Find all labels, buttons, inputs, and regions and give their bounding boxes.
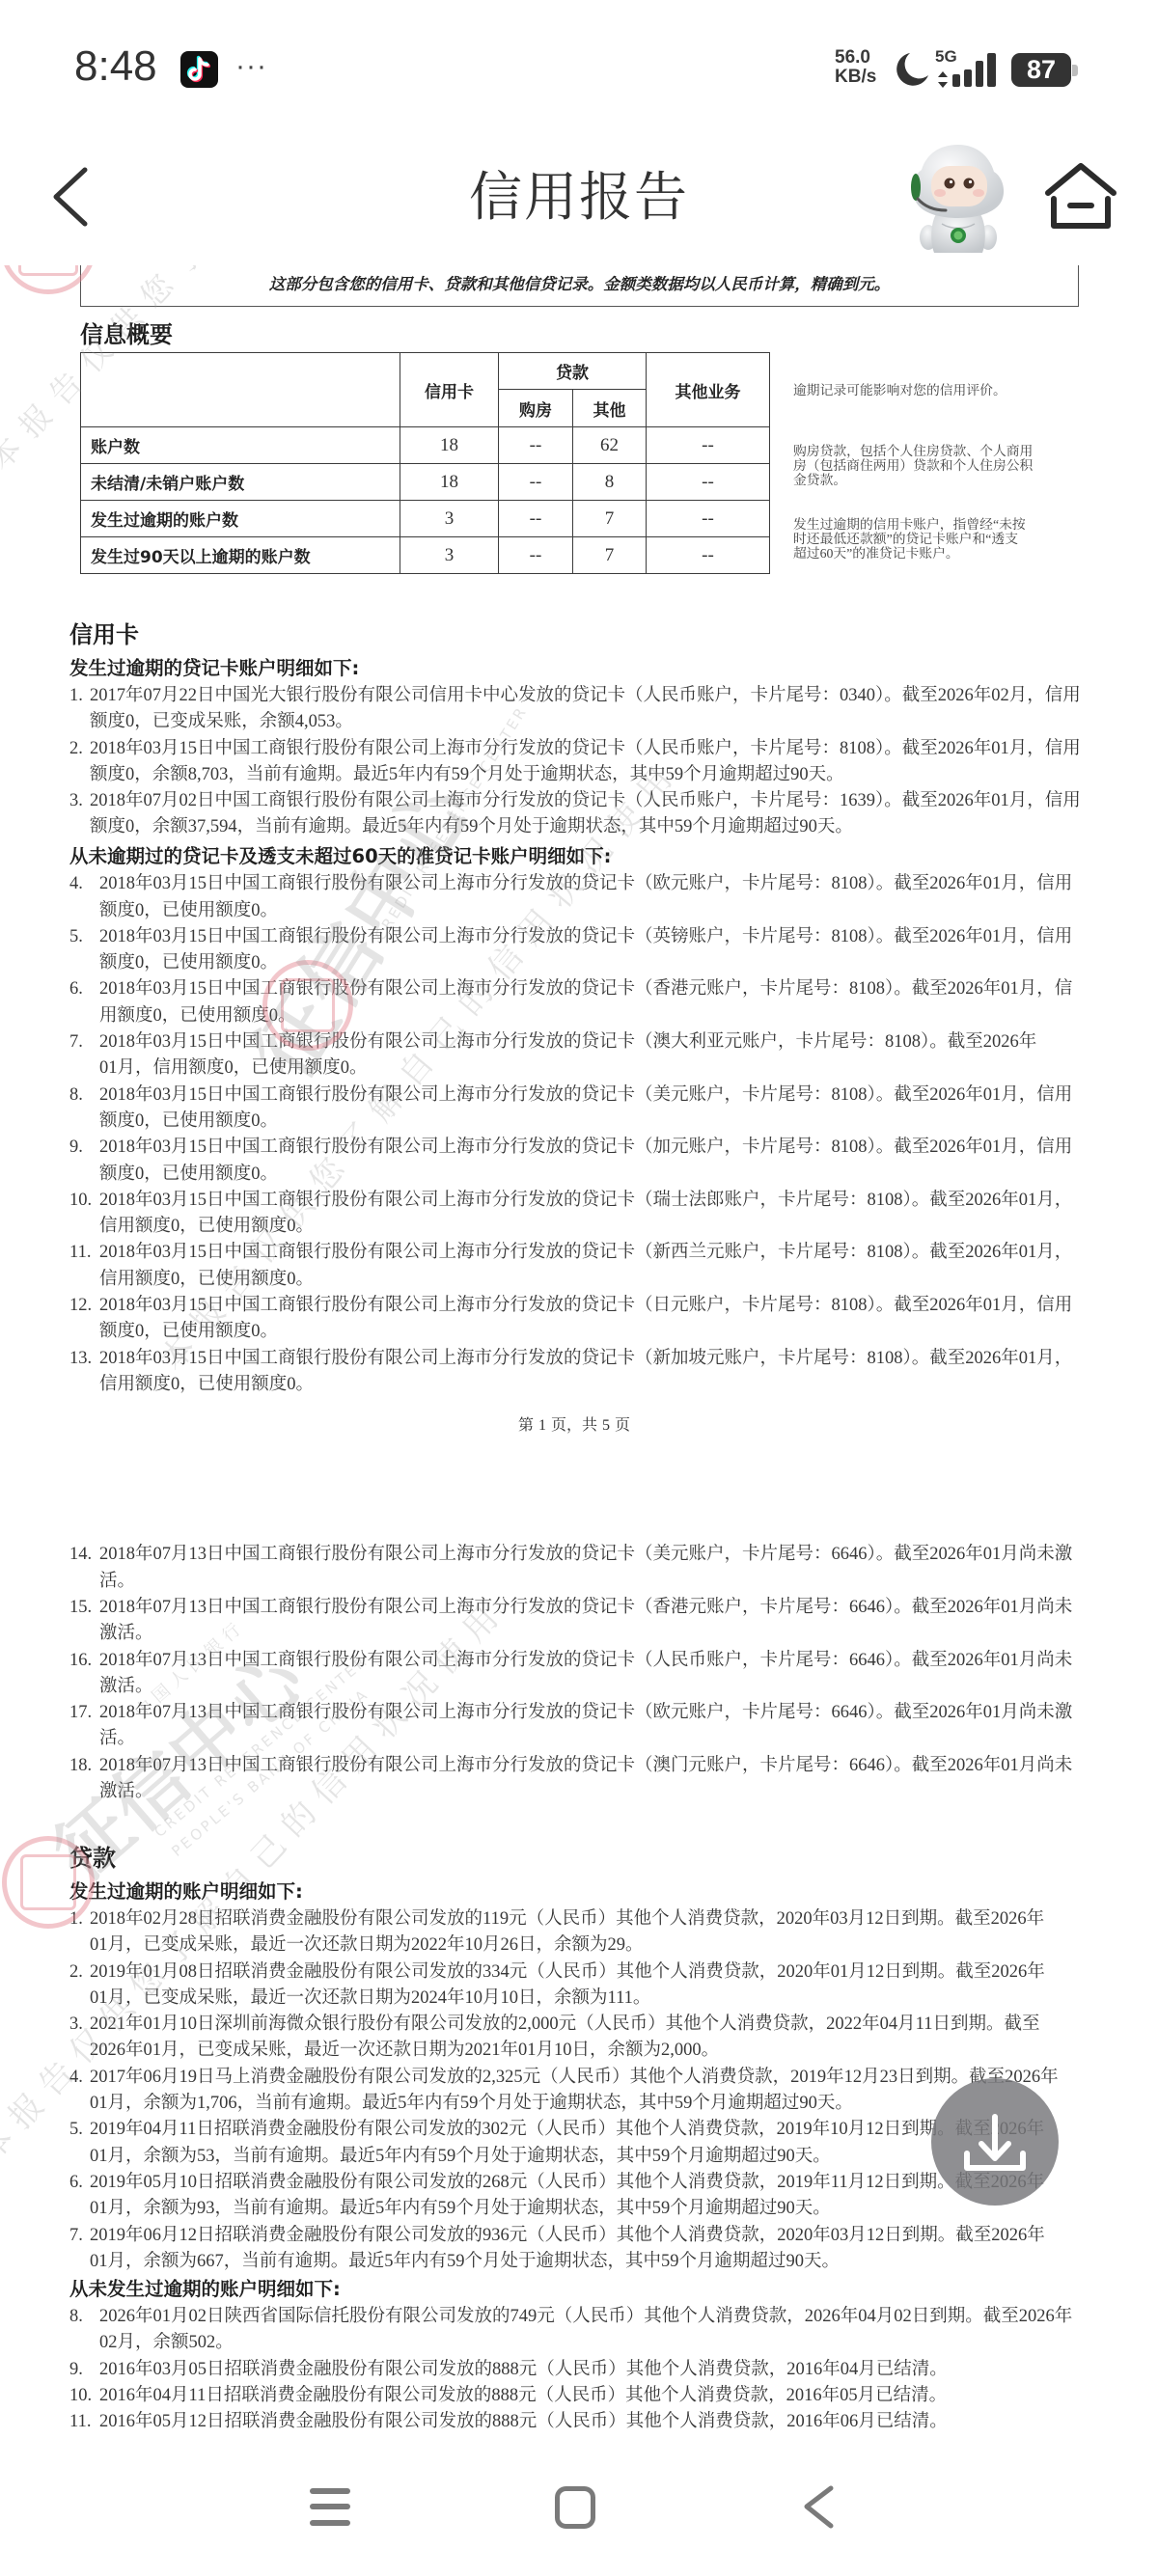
item-number: 9. [69, 1135, 99, 1188]
item-line: 2019年04月11日招联消费金融股份有限公司发放的302元（人民币）其他个人消… [90, 2117, 1044, 2143]
network-speed-unit: KB/s [835, 68, 876, 87]
item-text: 2018年03月15日中国工商银行股份有限公司上海市分行发放的贷记卡（新加坡元账… [99, 1346, 1072, 1399]
download-button[interactable] [931, 2078, 1059, 2206]
item-line: 02月，余额502。 [99, 2330, 1072, 2356]
item-text: 2016年03月05日招联消费金融股份有限公司发放的888元（人民币）其他个人消… [99, 2357, 948, 2383]
item-number: 1. [69, 683, 90, 736]
menu-icon[interactable] [305, 2484, 355, 2533]
moon-icon [894, 51, 930, 88]
item-number: 9. [69, 2357, 99, 2383]
battery-icon: 87 [1011, 53, 1071, 87]
item-number: 4. [69, 871, 99, 924]
list-item: 1. 2017年07月22日中国光大银行股份有限公司信用卡中心发放的贷记卡（人民… [69, 683, 1112, 736]
cell-loan-other: 62 [573, 427, 647, 464]
item-line: 2019年01月08日招联消费金融股份有限公司发放的334元（人民币）其他个人消… [90, 1959, 1045, 1986]
more-notifications-icon: ··· [235, 50, 267, 83]
item-line: 2018年07月13日中国工商银行股份有限公司上海市分行发放的贷记卡（人民币账户… [99, 1648, 1072, 1674]
item-number: 12. [69, 1293, 99, 1346]
item-number: 8. [69, 2304, 99, 2357]
tiktok-icon [180, 51, 218, 88]
item-text: 2018年07月13日中国工商银行股份有限公司上海市分行发放的贷记卡（澳门元账户… [99, 1753, 1072, 1806]
item-line: 激活。 [99, 1674, 1072, 1700]
item-line: 2018年03月15日中国工商银行股份有限公司上海市分行发放的贷记卡（新西兰元账… [99, 1240, 1072, 1266]
item-number: 5. [69, 924, 99, 977]
item-line: 2018年07月13日中国工商银行股份有限公司上海市分行发放的贷记卡（香港元账户… [99, 1595, 1072, 1621]
item-line: 2018年03月15日中国工商银行股份有限公司上海市分行发放的贷记卡（日元账户，… [99, 1293, 1072, 1319]
note-line: 金贷款。 [793, 473, 1033, 487]
item-number: 2. [69, 1959, 90, 2013]
item-text: 2018年03月15日中国工商银行股份有限公司上海市分行发放的贷记卡（瑞士法郎账… [99, 1188, 1072, 1241]
list-item: 16. 2018年07月13日中国工商银行股份有限公司上海市分行发放的贷记卡（人… [69, 1648, 1112, 1701]
item-line: 2019年05月10日招联消费金融股份有限公司发放的268元（人民币）其他个人消… [90, 2170, 1044, 2196]
table-row: 发生过逾期的账户数 3 -- 7 -- [81, 501, 770, 537]
list-item: 12. 2018年03月15日中国工商银行股份有限公司上海市分行发放的贷记卡（日… [69, 1293, 1112, 1346]
data-arrows-icon [937, 71, 949, 88]
item-number: 15. [69, 1595, 99, 1648]
item-line: 额度0，已使用额度0。 [99, 898, 1072, 924]
note-line: 发生过逾期的信用卡账户，指曾经“未按 [793, 517, 1026, 532]
item-number: 8. [69, 1082, 99, 1136]
item-text: 2018年07月02日中国工商银行股份有限公司上海市分行发放的贷记卡（人民币账户… [90, 788, 1081, 841]
network-speed: 56.0 KB/s [835, 48, 876, 87]
item-line: 01月，信用额度0，已使用额度0。 [99, 1055, 1036, 1082]
item-number: 11. [69, 2409, 99, 2435]
item-line: 2018年03月15日中国工商银行股份有限公司上海市分行发放的贷记卡（澳大利亚元… [99, 1029, 1036, 1055]
list-item: 7. 2019年06月12日招联消费金融股份有限公司发放的936元（人民币）其他… [69, 2223, 1112, 2276]
item-line: 01月，余额为1,706，当前有逾期。最近5年内有59个月处于逾期状态，其中59… [90, 2091, 1059, 2117]
cell-credit-card: 18 [400, 427, 499, 464]
robot-assistant-icon[interactable] [907, 143, 1009, 257]
summary-title: 信息概要 [80, 320, 173, 349]
item-line: 活。 [99, 1569, 1072, 1595]
item-text: 2018年07月13日中国工商银行股份有限公司上海市分行发放的贷记卡（美元账户，… [99, 1542, 1072, 1595]
list-item: 9. 2016年03月05日招联消费金融股份有限公司发放的888元（人民币）其他… [69, 2357, 1112, 2383]
item-number: 2. [69, 736, 90, 789]
list-item: 10. 2016年04月11日招联消费金融股份有限公司发放的888元（人民币）其… [69, 2383, 1112, 2409]
item-text: 2018年03月15日中国工商银行股份有限公司上海市分行发放的贷记卡（欧元账户，… [99, 871, 1072, 924]
item-text: 2018年07月13日中国工商银行股份有限公司上海市分行发放的贷记卡（欧元账户，… [99, 1700, 1072, 1753]
col-other-business: 其他业务 [647, 353, 770, 427]
item-line: 01月，已变成呆账，最近一次还款日期为2024年10月10日，余额为111。 [90, 1986, 1045, 2012]
list-item: 5. 2018年03月15日中国工商银行股份有限公司上海市分行发放的贷记卡（英镑… [69, 924, 1112, 977]
list-item: 14. 2018年07月13日中国工商银行股份有限公司上海市分行发放的贷记卡（美… [69, 1542, 1112, 1595]
network-speed-value: 56.0 [835, 48, 876, 68]
item-line: 2016年04月11日招联消费金融股份有限公司发放的888元（人民币）其他个人消… [99, 2383, 947, 2409]
item-line: 01月，余额为93，当前有逾期。最近5年内有59个月处于逾期状态，其中59个月逾… [90, 2196, 1044, 2222]
item-text: 2018年03月15日中国工商银行股份有限公司上海市分行发放的贷记卡（加元账户，… [99, 1135, 1072, 1188]
list-item: 18. 2018年07月13日中国工商银行股份有限公司上海市分行发放的贷记卡（澳… [69, 1753, 1112, 1806]
item-number: 3. [69, 2012, 90, 2065]
item-line: 额度0，已使用额度0。 [99, 950, 1072, 976]
list-item: 10. 2018年03月15日中国工商银行股份有限公司上海市分行发放的贷记卡（瑞… [69, 1188, 1112, 1241]
home-square-icon[interactable] [550, 2482, 600, 2535]
list-item: 2. 2019年01月08日招联消费金融股份有限公司发放的334元（人民币）其他… [69, 1959, 1112, 2013]
cell-other-business: -- [647, 501, 770, 537]
item-line: 额度0，已变成呆账，余额4,053。 [90, 709, 1081, 735]
item-text: 2019年05月10日招联消费金融股份有限公司发放的268元（人民币）其他个人消… [90, 2170, 1044, 2223]
cell-loan-other: 7 [573, 537, 647, 574]
item-line: 额度0，已使用额度0。 [99, 1162, 1072, 1188]
item-line: 2018年03月15日中国工商银行股份有限公司上海市分行发放的贷记卡（瑞士法郎账… [99, 1188, 1072, 1214]
item-line: 2018年07月02日中国工商银行股份有限公司上海市分行发放的贷记卡（人民币账户… [90, 788, 1081, 814]
cell-loan-other: 8 [573, 464, 647, 501]
list-item: 8. 2018年03月15日中国工商银行股份有限公司上海市分行发放的贷记卡（美元… [69, 1082, 1112, 1136]
list-item: 11. 2016年05月12日招联消费金融股份有限公司发放的888元（人民币）其… [69, 2409, 1112, 2435]
item-text: 2017年07月22日中国光大银行股份有限公司信用卡中心发放的贷记卡（人民币账户… [90, 683, 1081, 736]
item-line: 2016年05月12日招联消费金融股份有限公司发放的888元（人民币）其他个人消… [99, 2409, 948, 2435]
overdue-cards-heading: 发生过逾期的贷记卡账户明细如下: [69, 654, 1112, 683]
note-line: 时还最低还款额”的贷记卡账户和“透支 [793, 532, 1026, 546]
back-chevron-icon[interactable] [797, 2482, 841, 2535]
row-label: 账户数 [81, 427, 400, 464]
item-text: 2018年03月15日中国工商银行股份有限公司上海市分行发放的贷记卡（新西兰元账… [99, 1240, 1072, 1293]
item-line: 2016年03月05日招联消费金融股份有限公司发放的888元（人民币）其他个人消… [99, 2357, 948, 2383]
item-line: 信用额度0，已使用额度0。 [99, 1372, 1072, 1398]
item-line: 2018年07月13日中国工商银行股份有限公司上海市分行发放的贷记卡（澳门元账户… [99, 1753, 1072, 1779]
list-item: 13. 2018年03月15日中国工商银行股份有限公司上海市分行发放的贷记卡（新… [69, 1346, 1112, 1399]
battery-nub [1072, 65, 1078, 76]
item-text: 2026年01月02日陕西省国际信托股份有限公司发放的749元（人民币）其他个人… [99, 2304, 1072, 2357]
item-text: 2018年03月15日中国工商银行股份有限公司上海市分行发放的贷记卡（香港元账户… [99, 976, 1072, 1029]
item-line: 额度0，余额37,594，当前有逾期。最近5年内有59个月处于逾期状态，其中59… [90, 814, 1081, 840]
system-nav-bar [0, 2443, 1158, 2576]
note-line: 购房贷款，包括个人住房贷款、个人商用 [793, 444, 1033, 458]
item-number: 17. [69, 1700, 99, 1753]
cell-other-business: -- [647, 427, 770, 464]
item-text: 2017年06月19日马上消费金融股份有限公司发放的2,325元（人民币）其他个… [90, 2065, 1059, 2118]
row-label: 未结清/未销户账户数 [81, 464, 400, 501]
item-text: 2018年03月15日中国工商银行股份有限公司上海市分行发放的贷记卡（人民币账户… [90, 736, 1081, 789]
credit-card-section-continued: 14. 2018年07月13日中国工商银行股份有限公司上海市分行发放的贷记卡（美… [69, 1542, 1112, 1805]
item-number: 3. [69, 788, 90, 841]
item-line: 2017年06月19日马上消费金融股份有限公司发放的2,325元（人民币）其他个… [90, 2065, 1059, 2091]
list-item: 9. 2018年03月15日中国工商银行股份有限公司上海市分行发放的贷记卡（加元… [69, 1135, 1112, 1188]
item-line: 2018年03月15日中国工商银行股份有限公司上海市分行发放的贷记卡（美元账户，… [99, 1082, 1072, 1109]
item-line: 01月，余额为53，当前有逾期。最近5年内有59个月处于逾期状态，其中59个月逾… [90, 2144, 1044, 2170]
list-item: 8. 2026年01月02日陕西省国际信托股份有限公司发放的749元（人民币）其… [69, 2304, 1112, 2357]
cell-loan-housing: -- [499, 501, 573, 537]
table-row: 账户数 18 -- 62 -- [81, 427, 770, 464]
item-line: 01月，余额为667，当前有逾期。最近5年内有59个月处于逾期状态，其中59个月… [90, 2249, 1045, 2275]
signal-bars-icon [951, 52, 998, 88]
item-line: 活。 [99, 1726, 1072, 1752]
home-icon[interactable] [1044, 162, 1117, 232]
row-label: 发生过90天以上逾期的账户数 [81, 537, 400, 574]
item-number: 7. [69, 1029, 99, 1082]
item-number: 6. [69, 976, 99, 1029]
item-line: 激活。 [99, 1779, 1072, 1805]
top-chrome: 8:48 ··· 56.0 KB/s 5G 87 信用报告 [0, 0, 1158, 265]
item-line: 信用额度0，已使用额度0。 [99, 1267, 1072, 1293]
col-loan-other: 其他 [573, 390, 647, 427]
never-overdue-cards-list: 4. 2018年03月15日中国工商银行股份有限公司上海市分行发放的贷记卡（欧元… [69, 871, 1112, 1398]
item-number: 10. [69, 1188, 99, 1241]
item-text: 2018年02月28日招联消费金融股份有限公司发放的119元（人民币）其他个人消… [90, 1906, 1044, 1959]
col-loan: 贷款 [499, 353, 647, 390]
item-line: 额度0，已使用额度0。 [99, 1109, 1072, 1135]
cell-credit-card: 3 [400, 537, 499, 574]
credit-card-section: 信用卡 发生过逾期的贷记卡账户明细如下: 1. 2017年07月22日中国光大银… [69, 618, 1112, 1398]
item-text: 2019年06月12日招联消费金融股份有限公司发放的936元（人民币）其他个人消… [90, 2223, 1045, 2276]
item-number: 7. [69, 2223, 90, 2276]
item-line: 2021年01月10日深圳前海微众银行股份有限公司发放的2,000元（人民币）其… [90, 2012, 1039, 2038]
item-number: 18. [69, 1753, 99, 1806]
note-line: 房（包括商住两用）贷款和个人住房公积 [793, 458, 1033, 473]
item-number: 11. [69, 1240, 99, 1293]
item-line: 激活。 [99, 1621, 1072, 1647]
item-number: 14. [69, 1542, 99, 1595]
item-line: 用额度0，已使用额度0。 [99, 1003, 1072, 1029]
cell-loan-other: 7 [573, 501, 647, 537]
item-line: 2018年03月15日中国工商银行股份有限公司上海市分行发放的贷记卡（香港元账户… [99, 976, 1072, 1002]
cell-loan-housing: -- [499, 427, 573, 464]
table-row: 未结清/未销户账户数 18 -- 8 -- [81, 464, 770, 501]
col-loan-housing: 购房 [499, 390, 573, 427]
item-number: 4. [69, 2065, 90, 2118]
item-text: 2021年01月10日深圳前海微众银行股份有限公司发放的2,000元（人民币）其… [90, 2012, 1039, 2065]
never-overdue-cards-heading: 从未逾期过的贷记卡及透支未超过60天的准贷记卡账户明细如下: [69, 841, 1112, 872]
summary-table-body: 账户数 18 -- 62 -- 未结清/未销户账户数 18 -- 8 -- 发生… [81, 427, 770, 574]
cell-other-business: -- [647, 464, 770, 501]
item-line: 2018年03月15日中国工商银行股份有限公司上海市分行发放的贷记卡（欧元账户，… [99, 871, 1072, 897]
list-item: 6. 2018年03月15日中国工商银行股份有限公司上海市分行发放的贷记卡（香港… [69, 976, 1112, 1029]
row-label: 发生过逾期的账户数 [81, 501, 400, 537]
battery-level: 87 [1027, 55, 1056, 84]
item-line: 2018年07月13日中国工商银行股份有限公司上海市分行发放的贷记卡（美元账户，… [99, 1542, 1072, 1568]
list-item: 1. 2018年02月28日招联消费金融股份有限公司发放的119元（人民币）其他… [69, 1906, 1112, 1959]
item-line: 2019年06月12日招联消费金融股份有限公司发放的936元（人民币）其他个人消… [90, 2223, 1045, 2249]
loans-title: 贷款 [69, 1842, 1112, 1875]
note-line: 超过60天”的准贷记卡账户。 [793, 546, 1026, 561]
item-number: 10. [69, 2383, 99, 2409]
item-line: 额度0，已使用额度0。 [99, 1319, 1072, 1345]
cell-other-business: -- [647, 537, 770, 574]
table-row: 发生过90天以上逾期的账户数 3 -- 7 -- [81, 537, 770, 574]
item-line: 2018年03月15日中国工商银行股份有限公司上海市分行发放的贷记卡（英镑账户，… [99, 924, 1072, 950]
item-number: 1. [69, 1906, 90, 1959]
corner-cell [81, 353, 400, 427]
note-overdue-definition: 发生过逾期的信用卡账户，指曾经“未按 时还最低还款额”的贷记卡账户和“透支 超过… [793, 517, 1026, 561]
credit-card-title: 信用卡 [69, 618, 1112, 651]
item-number: 13. [69, 1346, 99, 1399]
item-line: 2026年01月02日陕西省国际信托股份有限公司发放的749元（人民币）其他个人… [99, 2304, 1072, 2330]
intro-text: 这部分包含您的信用卡、贷款和其他信贷记录。金额类数据均以人民币计算，精确到元。 [269, 275, 891, 293]
overdue-loans-heading: 发生过逾期的账户明细如下: [69, 1877, 1112, 1906]
col-credit-card: 信用卡 [400, 353, 499, 427]
list-item: 7. 2018年03月15日中国工商银行股份有限公司上海市分行发放的贷记卡（澳大… [69, 1029, 1112, 1082]
download-icon [931, 2078, 1059, 2206]
item-text: 2018年03月15日中国工商银行股份有限公司上海市分行发放的贷记卡（日元账户，… [99, 1293, 1072, 1346]
note-overdue-impact: 逾期记录可能影响对您的信用评价。 [793, 383, 1006, 397]
list-item: 4. 2018年03月15日中国工商银行股份有限公司上海市分行发放的贷记卡（欧元… [69, 871, 1112, 924]
item-text: 2018年03月15日中国工商银行股份有限公司上海市分行发放的贷记卡（澳大利亚元… [99, 1029, 1036, 1082]
list-item: 3. 2018年07月02日中国工商银行股份有限公司上海市分行发放的贷记卡（人民… [69, 788, 1112, 841]
never-overdue-loans-list: 8. 2026年01月02日陕西省国际信托股份有限公司发放的749元（人民币）其… [69, 2304, 1112, 2435]
overdue-cards-list: 1. 2017年07月22日中国光大银行股份有限公司信用卡中心发放的贷记卡（人民… [69, 683, 1112, 841]
item-text: 2018年07月13日中国工商银行股份有限公司上海市分行发放的贷记卡（香港元账户… [99, 1595, 1072, 1648]
item-number: 16. [69, 1648, 99, 1701]
list-item: 2. 2018年03月15日中国工商银行股份有限公司上海市分行发放的贷记卡（人民… [69, 736, 1112, 789]
note-housing-loan: 购房贷款，包括个人住房贷款、个人商用 房（包括商住两用）贷款和个人住房公积 金贷… [793, 444, 1033, 487]
item-number: 6. [69, 2170, 90, 2223]
list-item: 3. 2021年01月10日深圳前海微众银行股份有限公司发放的2,000元（人民… [69, 2012, 1112, 2065]
item-line: 额度0，余额8,703，当前有逾期。最近5年内有59个月处于逾期状态，其中59个… [90, 762, 1081, 788]
item-text: 2016年05月12日招联消费金融股份有限公司发放的888元（人民币）其他个人消… [99, 2409, 948, 2435]
item-text: 2019年01月08日招联消费金融股份有限公司发放的334元（人民币）其他个人消… [90, 1959, 1045, 2013]
item-line: 2018年03月15日中国工商银行股份有限公司上海市分行发放的贷记卡（人民币账户… [90, 736, 1081, 762]
never-overdue-cards-list-continued: 14. 2018年07月13日中国工商银行股份有限公司上海市分行发放的贷记卡（美… [69, 1542, 1112, 1805]
item-line: 01月，已变成呆账，最近一次还款日期为2022年10月26日，余额为29。 [90, 1932, 1044, 1959]
summary-table: 信用卡 贷款 其他业务 购房 其他 账户数 18 -- 62 -- [80, 352, 770, 574]
item-line: 信用额度0，已使用额度0。 [99, 1214, 1072, 1240]
item-text: 2018年03月15日中国工商银行股份有限公司上海市分行发放的贷记卡（美元账户，… [99, 1082, 1072, 1136]
item-text: 2019年04月11日招联消费金融股份有限公司发放的302元（人民币）其他个人消… [90, 2117, 1044, 2170]
cell-credit-card: 18 [400, 464, 499, 501]
never-overdue-loans-heading: 从未发生过逾期的账户明细如下: [69, 2275, 1112, 2304]
item-line: 2018年03月15日中国工商银行股份有限公司上海市分行发放的贷记卡（新加坡元账… [99, 1346, 1072, 1372]
list-item: 11. 2018年03月15日中国工商银行股份有限公司上海市分行发放的贷记卡（新… [69, 1240, 1112, 1293]
list-item: 15. 2018年07月13日中国工商银行股份有限公司上海市分行发放的贷记卡（香… [69, 1595, 1112, 1648]
note-line: 逾期记录可能影响对您的信用评价。 [793, 383, 1006, 397]
item-text: 2016年04月11日招联消费金融股份有限公司发放的888元（人民币）其他个人消… [99, 2383, 947, 2409]
cell-loan-housing: -- [499, 464, 573, 501]
list-item: 17. 2018年07月13日中国工商银行股份有限公司上海市分行发放的贷记卡（欧… [69, 1700, 1112, 1753]
item-text: 2018年03月15日中国工商银行股份有限公司上海市分行发放的贷记卡（英镑账户，… [99, 924, 1072, 977]
item-line: 2026年01月，已变成呆账，最近一次还款日期为2021年01月10日，余额为2… [90, 2038, 1039, 2064]
item-number: 5. [69, 2117, 90, 2170]
item-line: 2017年07月22日中国光大银行股份有限公司信用卡中心发放的贷记卡（人民币账户… [90, 683, 1081, 709]
item-line: 2018年03月15日中国工商银行股份有限公司上海市分行发放的贷记卡（加元账户，… [99, 1135, 1072, 1161]
cell-loan-housing: -- [499, 537, 573, 574]
item-line: 2018年07月13日中国工商银行股份有限公司上海市分行发放的贷记卡（欧元账户，… [99, 1700, 1072, 1726]
page-number-footer: 第 1 页，共 5 页 [0, 1413, 1148, 1439]
cell-credit-card: 3 [400, 501, 499, 537]
status-time: 8:48 [74, 42, 157, 91]
item-line: 2018年02月28日招联消费金融股份有限公司发放的119元（人民币）其他个人消… [90, 1906, 1044, 1932]
item-text: 2018年07月13日中国工商银行股份有限公司上海市分行发放的贷记卡（人民币账户… [99, 1648, 1072, 1701]
